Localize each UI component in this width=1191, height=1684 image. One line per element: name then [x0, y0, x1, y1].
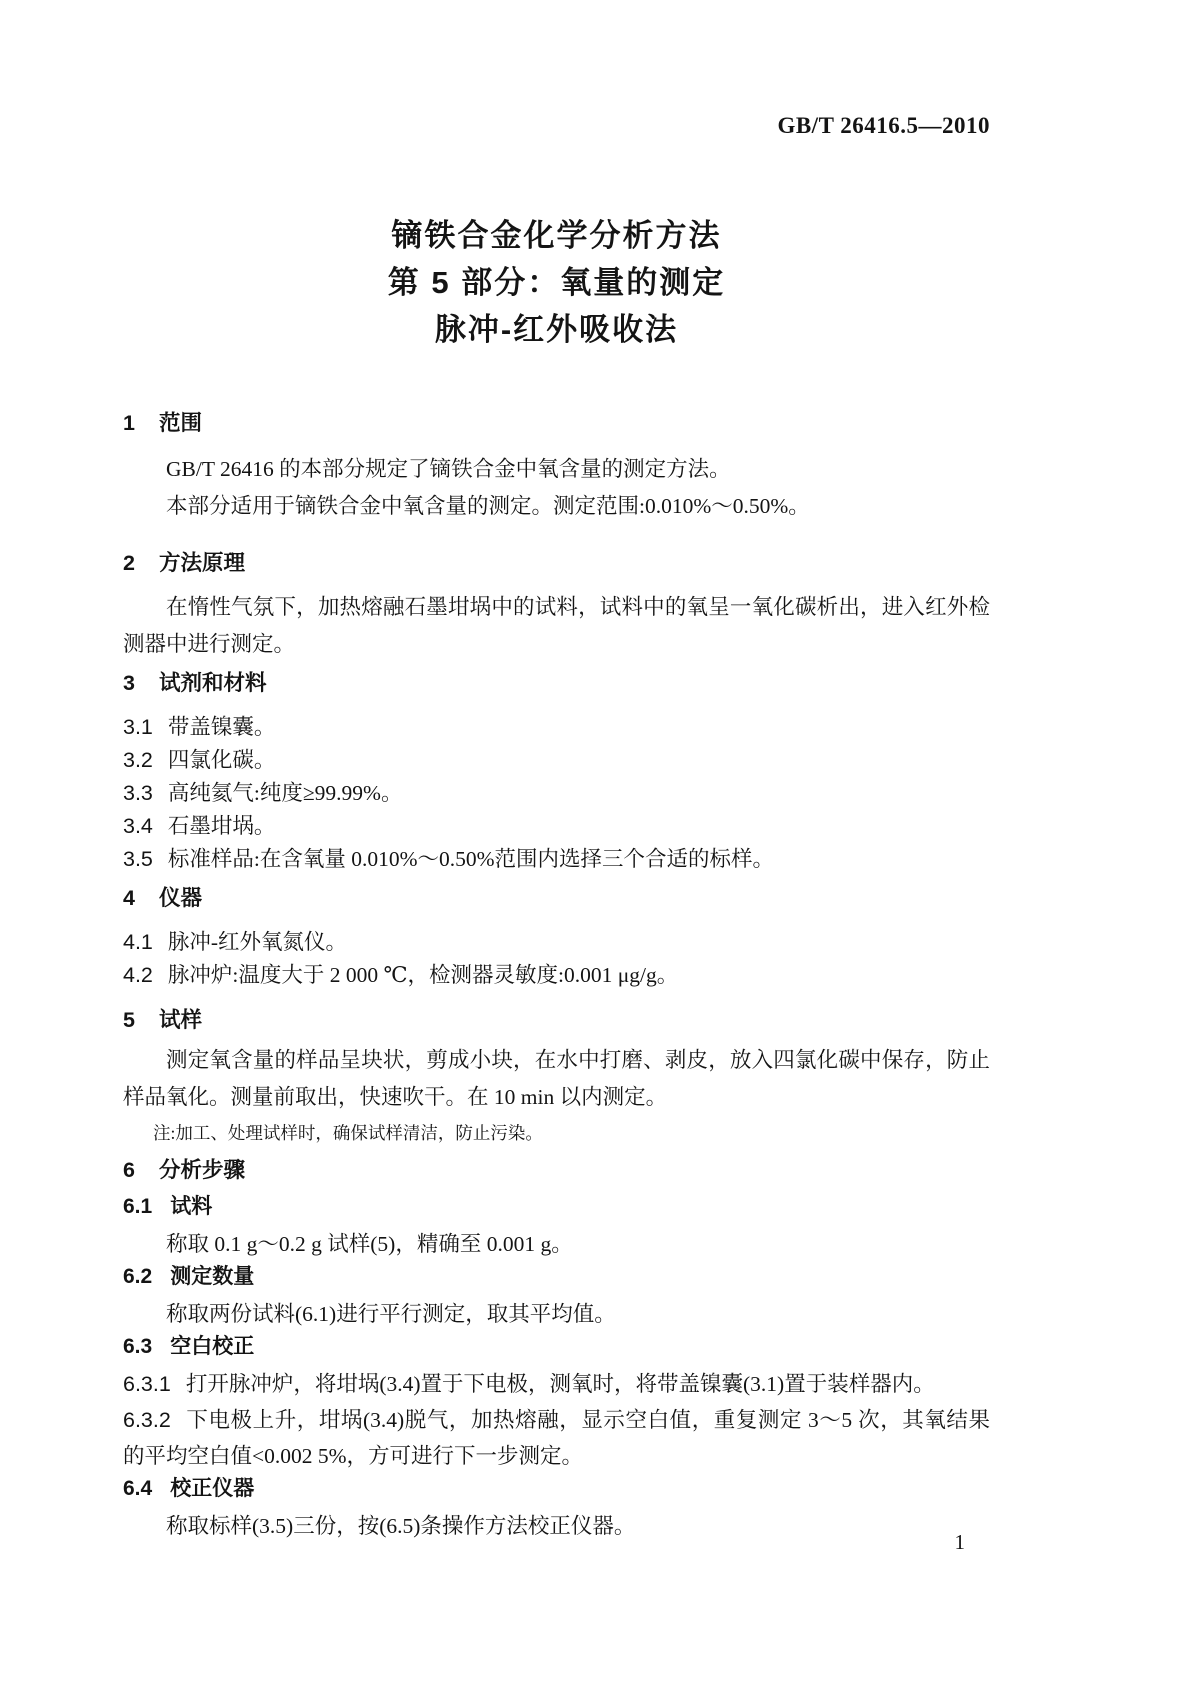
subsection-heading: 6.4校正仪器: [123, 1476, 990, 1502]
document-title: 镝铁合金化学分析方法 第 5 部分：氧量的测定 脉冲-红外吸收法: [123, 212, 990, 353]
clause-number: 3.1: [123, 715, 153, 739]
clause-list: 3.1带盖镍囊。 3.2四氯化碳。 3.3高纯氦气:纯度≥99.99%。 3.4…: [123, 711, 990, 876]
subsection-title: 空白校正: [170, 1335, 254, 1358]
subsection-heading: 6.1试料: [123, 1194, 990, 1220]
subsection-number: 6.3: [123, 1335, 152, 1358]
clause: 6.3.2下电极上升，坩埚(3.4)脱气，加热熔融，显示空白值，重复测定 3～5…: [123, 1402, 990, 1474]
clause-number: 3.4: [123, 814, 153, 838]
section-number: 4: [123, 886, 135, 910]
section-number: 6: [123, 1158, 135, 1182]
title-line-1: 镝铁合金化学分析方法: [123, 212, 990, 259]
clause: 3.1带盖镍囊。: [123, 711, 990, 744]
clause-text: 标准样品:在含氧量 0.010%～0.50%范围内选择三个合适的标样。: [168, 847, 774, 871]
clause-list: 4.1脉冲-红外氧氮仪。 4.2脉冲炉:温度大于 2 000 ℃，检测器灵敏度:…: [123, 926, 990, 992]
section-reagents: 3试剂和材料 3.1带盖镍囊。 3.2四氯化碳。 3.3高纯氦气:纯度≥99.9…: [123, 669, 990, 876]
clause-number: 3.3: [123, 781, 153, 805]
section-apparatus: 4仪器 4.1脉冲-红外氧氮仪。 4.2脉冲炉:温度大于 2 000 ℃，检测器…: [123, 884, 990, 992]
section-title: 试剂和材料: [159, 671, 267, 695]
clause: 3.5标准样品:在含氧量 0.010%～0.50%范围内选择三个合适的标样。: [123, 843, 990, 876]
clause: 6.3.1打开脉冲炉，将坩埚(3.4)置于下电极，测氧时，将带盖镍囊(3.1)置…: [123, 1366, 990, 1402]
subsection-title: 试料: [170, 1195, 212, 1218]
paragraph: 本部分适用于镝铁合金中氧含量的测定。测定范围:0.010%～0.50%。: [123, 488, 990, 525]
subsection-heading: 6.2测定数量: [123, 1264, 990, 1290]
section-heading: 3试剂和材料: [123, 669, 990, 697]
section-procedure: 6分析步骤 6.1试料 称取 0.1 g～0.2 g 试样(5)，精确至 0.0…: [123, 1156, 990, 1544]
clause-number: 6.3.2: [123, 1408, 171, 1432]
section-scope: 1范围 GB/T 26416 的本部分规定了镝铁合金中氧含量的测定方法。 本部分…: [123, 409, 990, 525]
clause-text: 下电极上升，坩埚(3.4)脱气，加热熔融，显示空白值，重复测定 3～5 次，其氧…: [123, 1408, 990, 1468]
section-number: 1: [123, 411, 135, 435]
page-number: 1: [955, 1528, 966, 1556]
title-line-3: 脉冲-红外吸收法: [123, 306, 990, 353]
paragraph: 在惰性气氛下，加热熔融石墨坩埚中的试料，试料中的氧呈一氧化碳析出，进入红外检测器…: [123, 589, 990, 663]
paragraph: 测定氧含量的样品呈块状，剪成小块，在水中打磨、剥皮，放入四氯化碳中保存，防止样品…: [123, 1042, 990, 1116]
section-number: 5: [123, 1008, 135, 1032]
section-title: 范围: [159, 411, 202, 435]
title-line-2: 第 5 部分：氧量的测定: [123, 259, 990, 306]
clause-text: 脉冲炉:温度大于 2 000 ℃，检测器灵敏度:0.001 μg/g。: [168, 963, 678, 987]
document-page: GB/T 26416.5—2010 镝铁合金化学分析方法 第 5 部分：氧量的测…: [0, 0, 1191, 1684]
section-title: 试样: [159, 1008, 202, 1032]
subsection-number: 6.2: [123, 1265, 152, 1288]
clause-text: 石墨坩埚。: [168, 814, 276, 838]
clause: 4.2脉冲炉:温度大于 2 000 ℃，检测器灵敏度:0.001 μg/g。: [123, 959, 990, 992]
section-sample: 5试样 测定氧含量的样品呈块状，剪成小块，在水中打磨、剥皮，放入四氯化碳中保存，…: [123, 1006, 990, 1148]
section-number: 3: [123, 671, 135, 695]
clause-number: 4.1: [123, 930, 153, 954]
clause-text: 打开脉冲炉，将坩埚(3.4)置于下电极，测氧时，将带盖镍囊(3.1)置于装样器内…: [186, 1372, 935, 1396]
section-title: 分析步骤: [159, 1158, 245, 1182]
section-heading: 6分析步骤: [123, 1156, 990, 1184]
section-title: 方法原理: [159, 551, 245, 575]
subsection-number: 6.1: [123, 1195, 152, 1218]
paragraph: 称取两份试料(6.1)进行平行测定，取其平均值。: [123, 1296, 990, 1332]
subsection-title: 测定数量: [170, 1265, 254, 1288]
section-heading: 4仪器: [123, 884, 990, 912]
paragraph: 称取标样(3.5)三份，按(6.5)条操作方法校正仪器。: [123, 1508, 990, 1544]
clause: 3.3高纯氦气:纯度≥99.99%。: [123, 777, 990, 810]
paragraph: GB/T 26416 的本部分规定了镝铁合金中氧含量的测定方法。: [123, 451, 990, 488]
clause-number: 3.2: [123, 748, 153, 772]
clause-text: 带盖镍囊。: [168, 715, 276, 739]
standard-number: GB/T 26416.5—2010: [123, 112, 990, 140]
section-heading: 1范围: [123, 409, 990, 437]
subsection-title: 校正仪器: [170, 1477, 254, 1500]
section-number: 2: [123, 551, 135, 575]
clause-text: 四氯化碳。: [168, 748, 276, 772]
section-title: 仪器: [159, 886, 202, 910]
note: 注:加工、处理试样时，确保试样清洁，防止污染。: [123, 1118, 990, 1148]
section-heading: 2方法原理: [123, 549, 990, 577]
clause-text: 高纯氦气:纯度≥99.99%。: [168, 781, 403, 805]
clause: 3.4石墨坩埚。: [123, 810, 990, 843]
clause: 3.2四氯化碳。: [123, 744, 990, 777]
paragraph: 称取 0.1 g～0.2 g 试样(5)，精确至 0.001 g。: [123, 1226, 990, 1262]
section-heading: 5试样: [123, 1006, 990, 1034]
subsection-number: 6.4: [123, 1477, 152, 1500]
section-principle: 2方法原理 在惰性气氛下，加热熔融石墨坩埚中的试料，试料中的氧呈一氧化碳析出，进…: [123, 549, 990, 663]
clause-number: 3.5: [123, 847, 153, 871]
clause: 4.1脉冲-红外氧氮仪。: [123, 926, 990, 959]
clause-text: 脉冲-红外氧氮仪。: [168, 930, 347, 954]
clause-number: 6.3.1: [123, 1372, 171, 1396]
subsection-heading: 6.3空白校正: [123, 1334, 990, 1360]
clause-number: 4.2: [123, 963, 153, 987]
